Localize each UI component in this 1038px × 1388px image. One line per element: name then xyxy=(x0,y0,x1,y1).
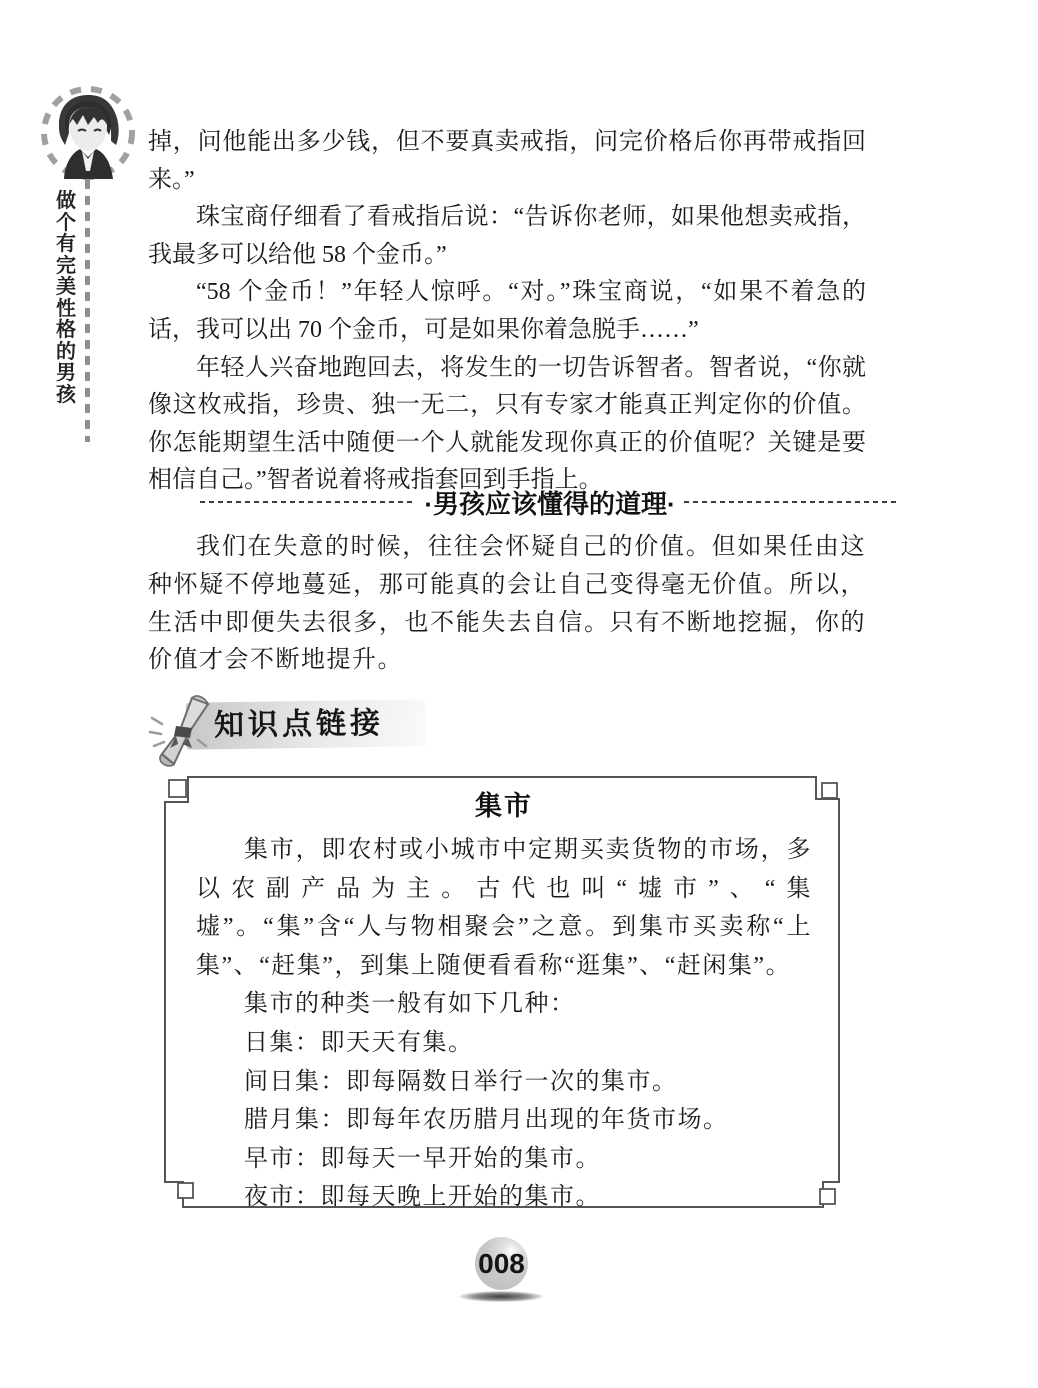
title-char: 完 xyxy=(48,256,84,278)
title-char: 格 xyxy=(48,320,84,342)
knowledge-box: 集市 集市，即农村或小城市中定期买卖货物的市场，多以农副产品为主。古代也叫“墟市… xyxy=(196,786,812,1217)
story-paragraph: 珠宝商仔细看了看戒指后说：“告诉你老师，如果他想卖戒指，我最多可以给他 58 个… xyxy=(148,199,866,274)
title-char: 做 xyxy=(48,191,84,213)
title-char: 孩 xyxy=(48,385,84,407)
title-char: 性 xyxy=(48,299,84,321)
avatar-dashed-circle xyxy=(38,83,138,187)
story-paragraph: “58 个金币！”年轻人惊呼。“对。”珠宝商说，“如果不着急的话，我可以出 70… xyxy=(148,274,866,349)
book-title-vertical: 做 个 有 完 美 性 格 的 男 孩 xyxy=(48,191,84,406)
title-char: 有 xyxy=(48,234,84,256)
story-text: 掉，问他能出多少钱，但不要真卖戒指，问完价格后你再带戒指回来。” 珠宝商仔细看了… xyxy=(148,124,866,500)
knowledge-box-line: 夜市：即每天晚上开始的集市。 xyxy=(196,1178,812,1217)
knowledge-box-line: 日集：即天天有集。 xyxy=(196,1024,812,1063)
page-number-badge: 008 xyxy=(475,1237,528,1290)
story-paragraph: 年轻人兴奋地跑回去，将发生的一切告诉智者。智者说，“你就像这枚戒指，珍贵、独一无… xyxy=(148,350,866,500)
knowledge-box-intro: 集市，即农村或小城市中定期买卖货物的市场，多以农副产品为主。古代也叫“墟市”、“… xyxy=(196,831,812,985)
knowledge-box-line: 早市：即每天一早开始的集市。 xyxy=(196,1140,812,1179)
scroll-ribbon-icon xyxy=(146,688,222,768)
knowledge-box-line: 腊月集：即每年农历腊月出现的年货市场。 xyxy=(196,1101,812,1140)
title-char: 美 xyxy=(48,277,84,299)
story-paragraph: 掉，问他能出多少钱，但不要真卖戒指，问完价格后你再带戒指回来。” xyxy=(148,124,866,199)
knowledge-box-line: 集市的种类一般有如下几种： xyxy=(196,985,812,1024)
dotted-rule-right xyxy=(684,501,900,503)
dotted-rule-left xyxy=(200,501,416,503)
page-number-shadow xyxy=(459,1291,543,1302)
title-char: 个 xyxy=(48,213,84,235)
lesson-body: 我们在失意的时候，往往会怀疑自己的价值。但如果任由这种怀疑不停地蔓延，那可能真的… xyxy=(148,529,866,680)
title-char: 的 xyxy=(48,342,84,364)
page-number: 008 xyxy=(478,1248,525,1280)
avatar-illustration xyxy=(59,95,119,179)
lesson-divider-heading: ·男孩应该懂得的道理· xyxy=(200,486,900,518)
knowledge-box-title: 集市 xyxy=(196,786,812,826)
sidebar-dashed-line xyxy=(85,180,90,442)
lesson-heading-text: ·男孩应该懂得的道理· xyxy=(424,484,675,521)
title-char: 男 xyxy=(48,363,84,385)
knowledge-box-line: 间日集：即每隔数日举行一次的集市。 xyxy=(196,1063,812,1102)
book-page: { "sidebar": { "book_title": "做个有完美性格的男孩… xyxy=(0,0,1038,1388)
sidebar-avatar xyxy=(38,83,138,183)
